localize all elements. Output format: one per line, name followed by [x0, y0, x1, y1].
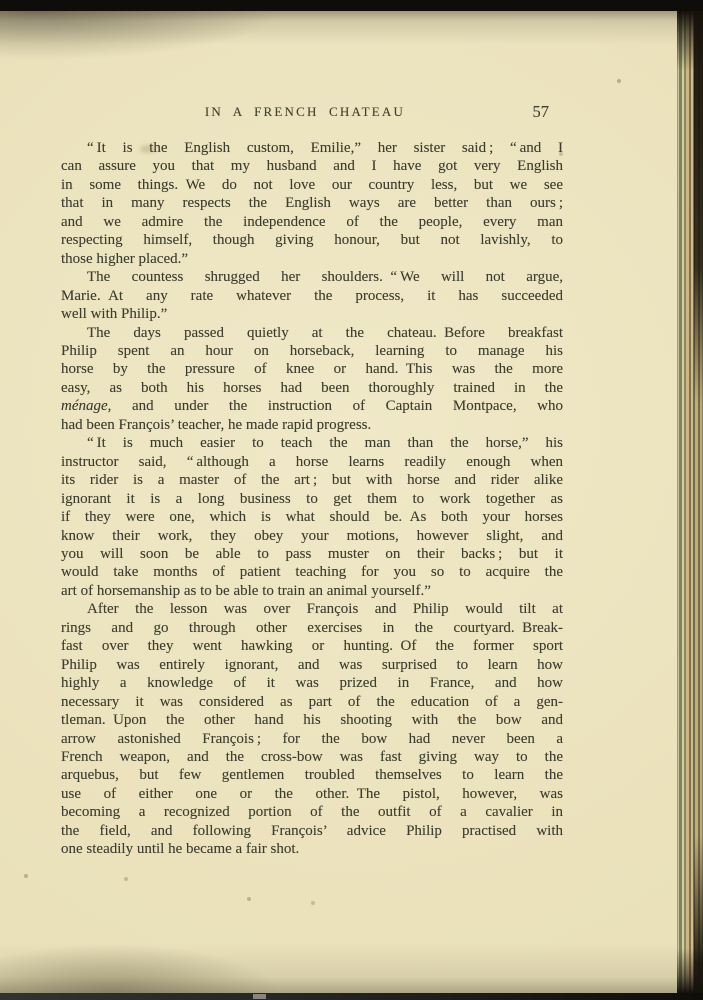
- text-line: use of either one or the other. The pist…: [61, 785, 563, 803]
- text-line: those higher placed.”: [61, 250, 563, 268]
- text-line: if they were one, which is what should b…: [61, 508, 563, 526]
- text-line: know their work, they obey your motions,…: [61, 527, 563, 545]
- text-line: respecting himself, though giving honour…: [61, 231, 563, 249]
- page-number: 57: [533, 102, 550, 122]
- text-line: the field, and following François’ advic…: [61, 822, 563, 840]
- paper-specks: [0, 11, 2, 13]
- text-line: rings and go through other exercises in …: [61, 619, 563, 637]
- text-line: that in many respects the English ways a…: [61, 194, 563, 212]
- text-line: French weapon, and the cross-bow was fas…: [61, 748, 563, 766]
- paragraph: “ It is the English custom, Emilie,” her…: [61, 139, 563, 268]
- text-line: would take months of patient teaching fo…: [61, 563, 563, 581]
- text-line: horse by the pressure of knee or hand. T…: [61, 360, 563, 378]
- text-line: you will soon be able to pass muster on …: [61, 545, 563, 563]
- page-text: “ It is the English custom, Emilie,” her…: [61, 139, 563, 859]
- text-line: and we admire the independence of the pe…: [61, 213, 563, 231]
- paragraph: “ It is much easier to teach the man tha…: [61, 434, 563, 600]
- text-line: had been François’ teacher, he made rapi…: [61, 416, 563, 434]
- text-line: easy, as both his horses had been thorou…: [61, 379, 563, 397]
- text-line: one steadily until he became a fair shot…: [61, 840, 563, 858]
- text-line: The days passed quietly at the chateau. …: [61, 324, 563, 342]
- text-line: “ It is much easier to teach the man tha…: [61, 434, 563, 452]
- page-header: IN A FRENCH CHATEAU 57: [61, 102, 563, 122]
- text-line: arrow astonished François ; for the bow …: [61, 730, 563, 748]
- text-line: can assure you that my husband and I hav…: [61, 157, 563, 175]
- ink-smudge: [140, 145, 156, 153]
- text-line: After the lesson was over François and P…: [61, 600, 563, 618]
- scan-artifact: [253, 994, 266, 999]
- text-line: The countess shrugged her shoulders. “ W…: [61, 268, 563, 286]
- text-line: Marie. At any rate whatever the process,…: [61, 287, 563, 305]
- text-line: becoming a recognized portion of the out…: [61, 803, 563, 821]
- text-line: in some things. We do not love our count…: [61, 176, 563, 194]
- book-scan-photo: IN A FRENCH CHATEAU 57 “ It is the Engli…: [0, 0, 703, 1000]
- text-line: its rider is a master of the art ; but w…: [61, 471, 563, 489]
- scan-background-bottom: [0, 993, 703, 1000]
- text-line: instructor said, “ although a horse lear…: [61, 453, 563, 471]
- scan-background-top: [0, 0, 703, 11]
- running-title: IN A FRENCH CHATEAU: [61, 104, 563, 120]
- book-page: IN A FRENCH CHATEAU 57 “ It is the Engli…: [0, 11, 677, 993]
- paragraph: The countess shrugged her shoulders. “ W…: [61, 268, 563, 323]
- paragraph: After the lesson was over François and P…: [61, 600, 563, 858]
- text-line: necessary it was considered as part of t…: [61, 693, 563, 711]
- text-line: highly a knowledge of it was prized in F…: [61, 674, 563, 692]
- text-line: “ It is the English custom, Emilie,” her…: [61, 139, 563, 157]
- text-line: Philip spent an hour on horseback, learn…: [61, 342, 563, 360]
- text-line: ménage, and under the instruction of Cap…: [61, 397, 563, 415]
- text-line: arquebus, but few gentlemen troubled the…: [61, 766, 563, 784]
- text-line: fast over they went hawking or hunting. …: [61, 637, 563, 655]
- text-line: well with Philip.”: [61, 305, 563, 323]
- text-line: Philip was entirely ignorant, and was su…: [61, 656, 563, 674]
- text-line: art of horsemanship as to be able to tra…: [61, 582, 563, 600]
- paragraph: The days passed quietly at the chateau. …: [61, 324, 563, 435]
- text-line: ignorant it is a long business to get th…: [61, 490, 563, 508]
- fore-edge-shadow: [694, 11, 703, 993]
- text-line: tleman. Upon the other hand his shooting…: [61, 711, 563, 729]
